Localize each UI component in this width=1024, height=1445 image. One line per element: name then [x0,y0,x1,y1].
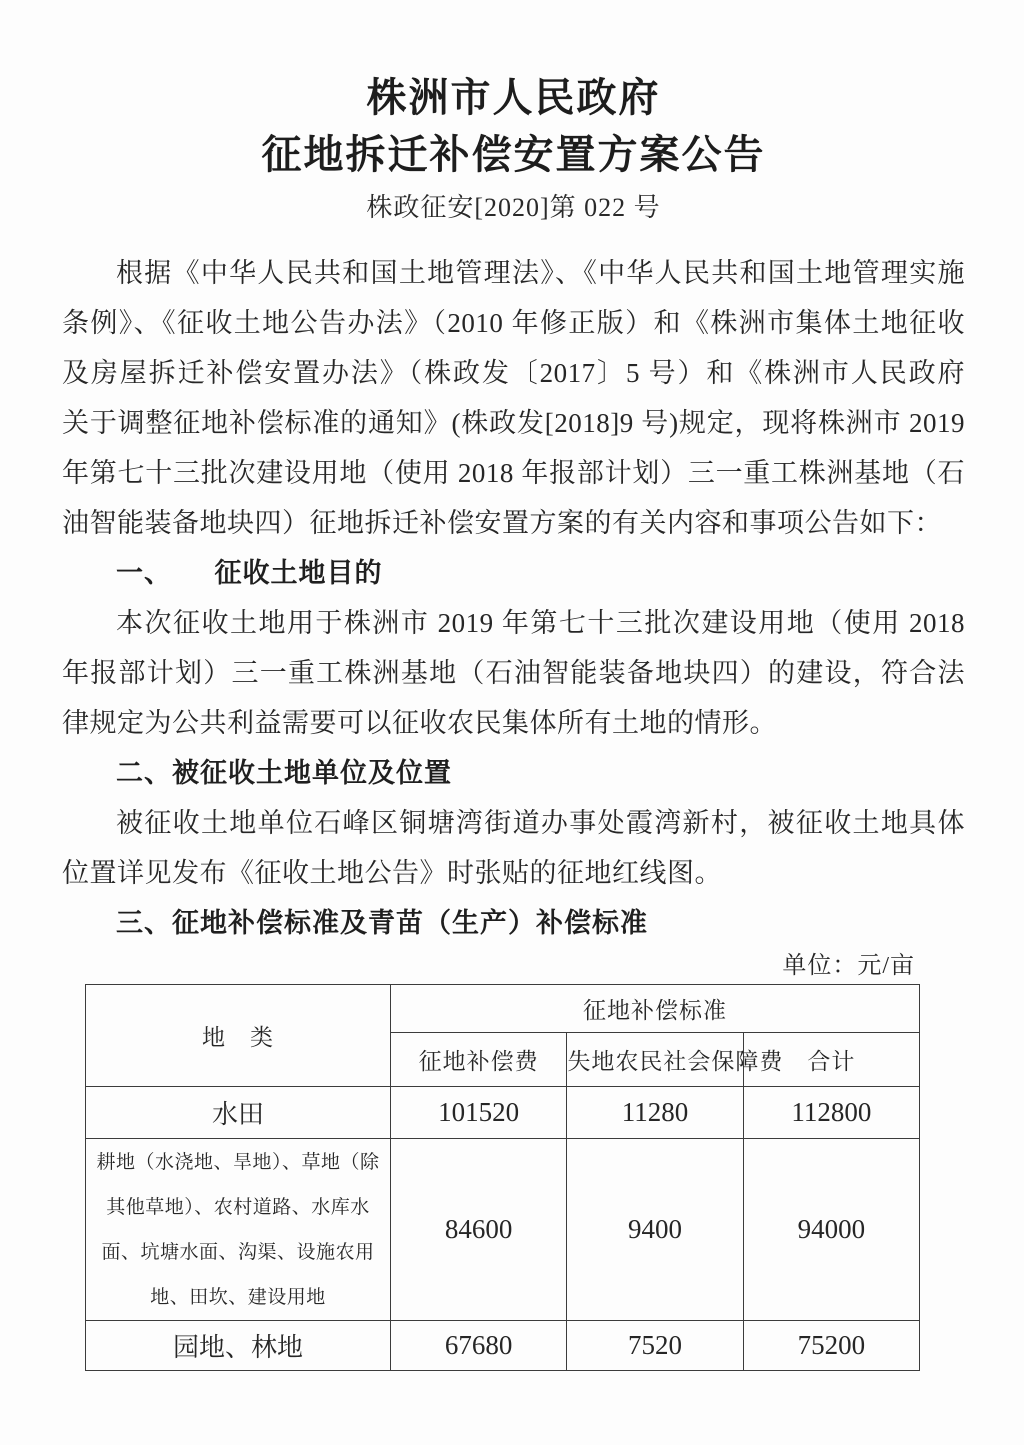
document-page: 株洲市人民政府 征地拆迁补偿安置方案公告 株政征安[2020]第 022 号 根… [0,0,1024,1445]
section-heading-1: 一、 征收土地目的 [62,548,965,598]
table-header-social-security-fee: 失地农民社会保障费 [567,1033,743,1087]
amount-cell: 7520 [567,1321,743,1371]
table-header-land-type: 地 类 [86,985,391,1087]
text-line: 年报部计划）三一重工株洲基地（石油智能装备地块四）的建设，符合法 [62,648,965,698]
table-row: 耕地（水浇地、旱地）、草地（除 其他草地）、农村道路、水库水 面、坑塘水面、沟渠… [86,1139,920,1321]
amount-cell: 101520 [391,1087,567,1139]
text-line: 条例》、《征收土地公告办法》（2010 年修正版）和《株洲市集体土地征收 [62,298,965,348]
paragraph-purpose: 本次征收土地用于株洲市 2019 年第七十三批次建设用地（使用 2018年报部计… [62,598,965,748]
amount-cell: 67680 [391,1321,567,1371]
table-row: 园地、林地67680752075200 [86,1321,920,1371]
paragraph-basis: 根据《中华人民共和国土地管理法》、《中华人民共和国土地管理实施条例》、《征收土地… [62,248,965,548]
document-body: 株洲市人民政府 征地拆迁补偿安置方案公告 株政征安[2020]第 022 号 根… [62,0,965,1371]
table-units-note: 单位：元/亩 [62,950,965,984]
land-type-cell: 园地、林地 [86,1321,391,1371]
table-header-land-compensation-fee: 征地补偿费 [391,1033,567,1087]
page-title-line1: 株洲市人民政府 [62,70,965,126]
amount-cell: 75200 [743,1321,919,1371]
compensation-table-header: 地 类 征地补偿标准 征地补偿费 失地农民社会保障费 合计 [86,985,920,1087]
text-line: 本次征收土地用于株洲市 2019 年第七十三批次建设用地（使用 2018 [62,598,965,648]
section-heading-2: 二、被征收土地单位及位置 [62,748,965,798]
amount-cell: 11280 [567,1087,743,1139]
compensation-table: 地 类 征地补偿标准 征地补偿费 失地农民社会保障费 合计 水田10152011… [85,984,920,1371]
amount-cell: 84600 [391,1139,567,1321]
amount-cell: 9400 [567,1139,743,1321]
text-line: 位置详见发布《征收土地公告》时张贴的征地红线图。 [62,848,965,898]
text-line: 油智能装备地块四）征地拆迁补偿安置方案的有关内容和事项公告如下： [62,498,965,548]
text-line: 关于调整征地补偿标准的通知》(株政发[2018]9 号)规定，现将株洲市 201… [62,398,965,448]
compensation-table-body: 水田10152011280112800耕地（水浇地、旱地）、草地（除 其他草地）… [86,1087,920,1371]
amount-cell: 112800 [743,1087,919,1139]
text-line: 律规定为公共利益需要可以征收农民集体所有土地的情形。 [62,698,965,748]
land-type-cell: 耕地（水浇地、旱地）、草地（除 其他草地）、农村道路、水库水 面、坑塘水面、沟渠… [86,1139,391,1321]
section-heading-3: 三、征地补偿标准及青苗（生产）补偿标准 [62,898,965,948]
land-type-cell: 水田 [86,1087,391,1139]
text-line: 及房屋拆迁补偿安置办法》（株政发〔2017〕5 号）和《株洲市人民政府 [62,348,965,398]
table-row: 水田10152011280112800 [86,1087,920,1139]
document-number: 株政征安[2020]第 022 号 [62,190,965,226]
text-line: 被征收土地单位石峰区铜塘湾街道办事处霞湾新村，被征收土地具体 [62,798,965,848]
text-line: 年第七十三批次建设用地（使用 2018 年报部计划）三一重工株洲基地（石 [62,448,965,498]
paragraph-location: 被征收土地单位石峰区铜塘湾街道办事处霞湾新村，被征收土地具体位置详见发布《征收土… [62,798,965,898]
text-line: 根据《中华人民共和国土地管理法》、《中华人民共和国土地管理实施 [62,248,965,298]
amount-cell: 94000 [743,1139,919,1321]
page-title-line2: 征地拆迁补偿安置方案公告 [62,126,965,184]
table-header-compensation-standard: 征地补偿标准 [391,985,920,1033]
